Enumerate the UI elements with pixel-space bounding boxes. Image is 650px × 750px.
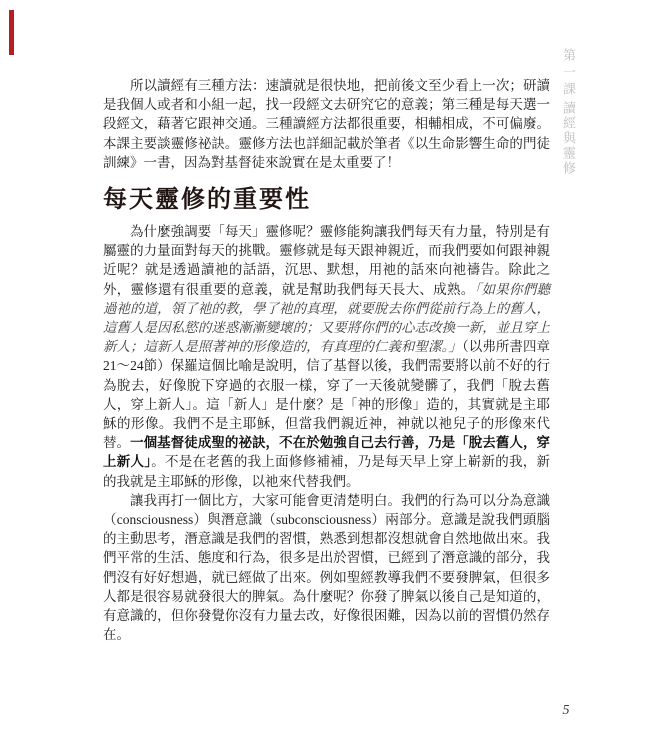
chapter-tab-mark <box>9 10 14 55</box>
section-heading: 每天靈修的重要性 <box>103 185 550 215</box>
edge-book-title-label: 讀經與靈修 <box>559 101 578 176</box>
edge-chapter-label: 第一課 <box>559 48 578 99</box>
section-paragraph-1: 為什麼強調要「每天」靈修呢？靈修能夠讓我們每天有力量，特別是有屬靈的力量面對每天… <box>103 222 550 491</box>
page-content: 所以讀經有三種方法：速讀就是很快地，把前後文至少看上一次；研讀是我個人或者和小組… <box>103 76 550 644</box>
paragraph1-tail-text: 。不是在老舊的我上面修修補補，乃是每天早上穿上嶄新的我，新的我就是主耶穌的形像，… <box>103 454 550 488</box>
section-paragraph-2: 讓我再打一個比方，大家可能會更清楚明白。我們的行為可以分為意識（consciou… <box>103 491 550 645</box>
intro-paragraph: 所以讀經有三種方法：速讀就是很快地，把前後文至少看上一次；研讀是我個人或者和小組… <box>103 76 550 172</box>
scripture-reference-and-explanation: （以弗所書四章21～24節）保羅這個比喻是說明，信了基督以後，我們需要將以前不好… <box>103 339 550 450</box>
page-number: 5 <box>556 703 576 719</box>
